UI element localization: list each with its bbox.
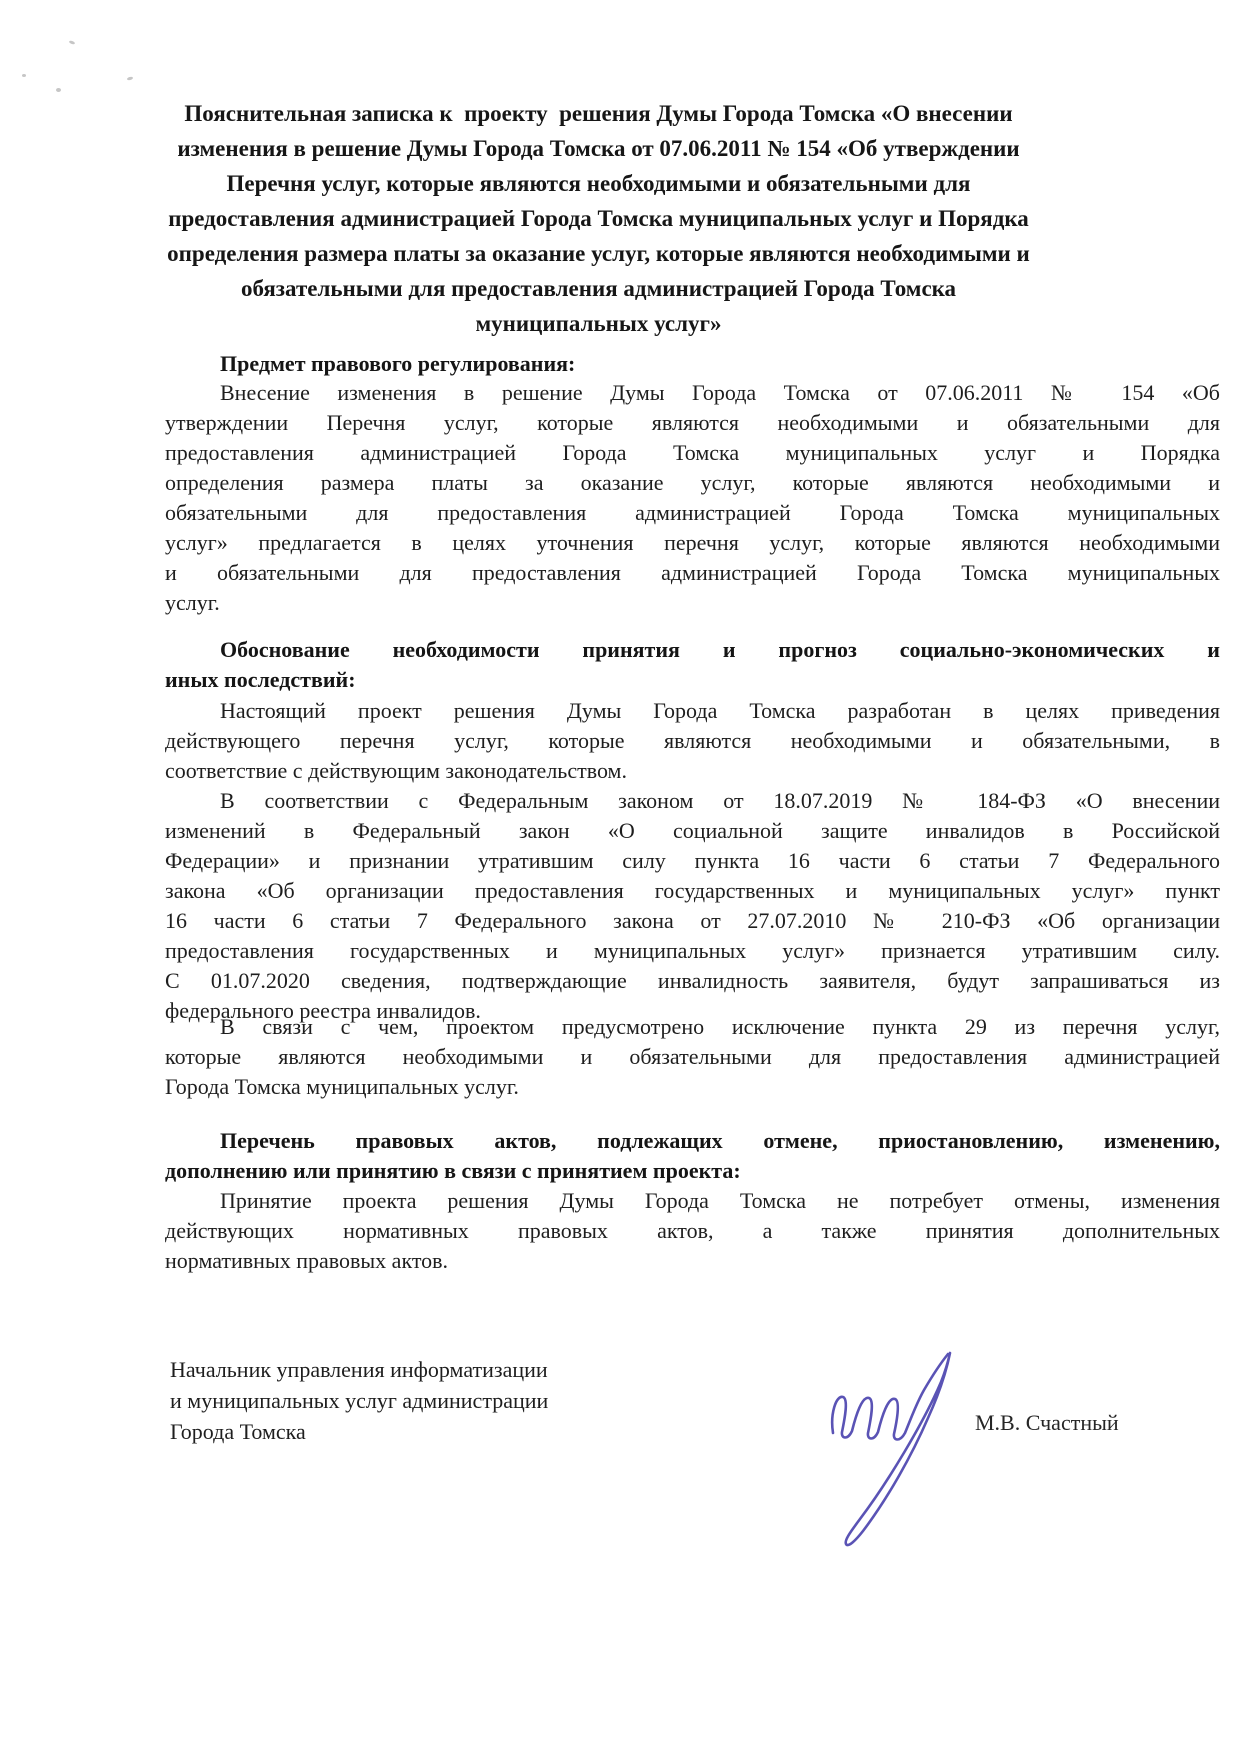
section-heading-acts: Перечень правовых актов, подлежащих отме… xyxy=(165,1126,1220,1186)
heading-line: иных последствий: xyxy=(165,665,1220,695)
paragraph: В связи с чем, проектом предусмотрено ис… xyxy=(165,1012,1220,1102)
title-line: Пояснительная записка к проекту решения … xyxy=(152,96,1045,131)
text-line: действующего перечня услуг, которые явля… xyxy=(165,726,1220,756)
text-line: обязательными для предоставления админис… xyxy=(165,498,1220,528)
scan-artifact xyxy=(69,40,76,45)
title-line: обязательными для предоставления админис… xyxy=(152,271,1045,306)
text-line: В связи с чем, проектом предусмотрено ис… xyxy=(165,1012,1220,1042)
signature-name: М.В. Счастный xyxy=(975,1410,1119,1436)
text-line: которые являются необходимыми и обязател… xyxy=(165,1042,1220,1072)
signatory-position-line: Начальник управления информатизации xyxy=(170,1354,600,1385)
text-line: закона «Об организации предоставления го… xyxy=(165,876,1220,906)
signatory-position-line: Города Томска xyxy=(170,1416,600,1447)
text-line: Города Томска муниципальных услуг. xyxy=(165,1072,1220,1102)
heading-line: Обоснование необходимости принятия и про… xyxy=(165,635,1220,665)
text-line: изменений в Федеральный закон «О социаль… xyxy=(165,816,1220,846)
paragraph: Настоящий проект решения Думы Города Том… xyxy=(165,696,1220,786)
heading-line: дополнению или принятию в связи с принят… xyxy=(165,1156,1220,1186)
document-title: Пояснительная записка к проекту решения … xyxy=(152,96,1045,341)
text-line: нормативных правовых актов. xyxy=(165,1246,1220,1276)
paragraph: Принятие проекта решения Думы Города Том… xyxy=(165,1186,1220,1276)
document-page: Пояснительная записка к проекту решения … xyxy=(0,0,1240,1753)
scan-artifact xyxy=(127,76,134,80)
paragraph: В соответствии с Федеральным законом от … xyxy=(165,786,1220,1026)
text-line: предоставления государственных и муницип… xyxy=(165,936,1220,966)
text-line: утверждении Перечня услуг, которые являю… xyxy=(165,408,1220,438)
title-line: муниципальных услуг» xyxy=(152,306,1045,341)
text-line: и обязательными для предоставления админ… xyxy=(165,558,1220,588)
text-line: Принятие проекта решения Думы Города Том… xyxy=(165,1186,1220,1216)
text-line: Настоящий проект решения Думы Города Том… xyxy=(165,696,1220,726)
scan-artifact xyxy=(22,74,26,77)
text-line: С 01.07.2020 сведения, подтверждающие ин… xyxy=(165,966,1220,996)
title-line: изменения в решение Думы Города Томска о… xyxy=(152,131,1045,166)
heading-line: Перечень правовых актов, подлежащих отме… xyxy=(165,1126,1220,1156)
title-line: определения размера платы за оказание ус… xyxy=(152,236,1045,271)
text-line: предоставления администрацией Города Том… xyxy=(165,438,1220,468)
text-line: услуг» предлагается в целях уточнения пе… xyxy=(165,528,1220,558)
text-line: Внесение изменения в решение Думы Города… xyxy=(165,378,1220,408)
paragraph: Внесение изменения в решение Думы Города… xyxy=(165,378,1220,618)
text-line: услуг. xyxy=(165,588,1220,618)
text-line: определения размера платы за оказание ус… xyxy=(165,468,1220,498)
signature-ink xyxy=(800,1338,980,1558)
signatory-position-line: и муниципальных услуг администрации xyxy=(170,1385,600,1416)
text-line: Федерации» и признании утратившим силу п… xyxy=(165,846,1220,876)
title-line: предоставления администрацией Города Том… xyxy=(152,201,1045,236)
scan-artifact xyxy=(56,88,61,92)
heading-line: Предмет правового регулирования: xyxy=(165,349,1220,379)
text-line: В соответствии с Федеральным законом от … xyxy=(165,786,1220,816)
section-heading-justification: Обоснование необходимости принятия и про… xyxy=(165,635,1220,695)
text-line: соответствие с действующим законодательс… xyxy=(165,756,1220,786)
text-line: 16 части 6 статьи 7 Федерального закона … xyxy=(165,906,1220,936)
text-line: действующих нормативных правовых актов, … xyxy=(165,1216,1220,1246)
title-line: Перечня услуг, которые являются необходи… xyxy=(152,166,1045,201)
section-heading-subject: Предмет правового регулирования: xyxy=(165,349,1220,379)
signature-title-block: Начальник управления информатизации и му… xyxy=(170,1354,600,1447)
